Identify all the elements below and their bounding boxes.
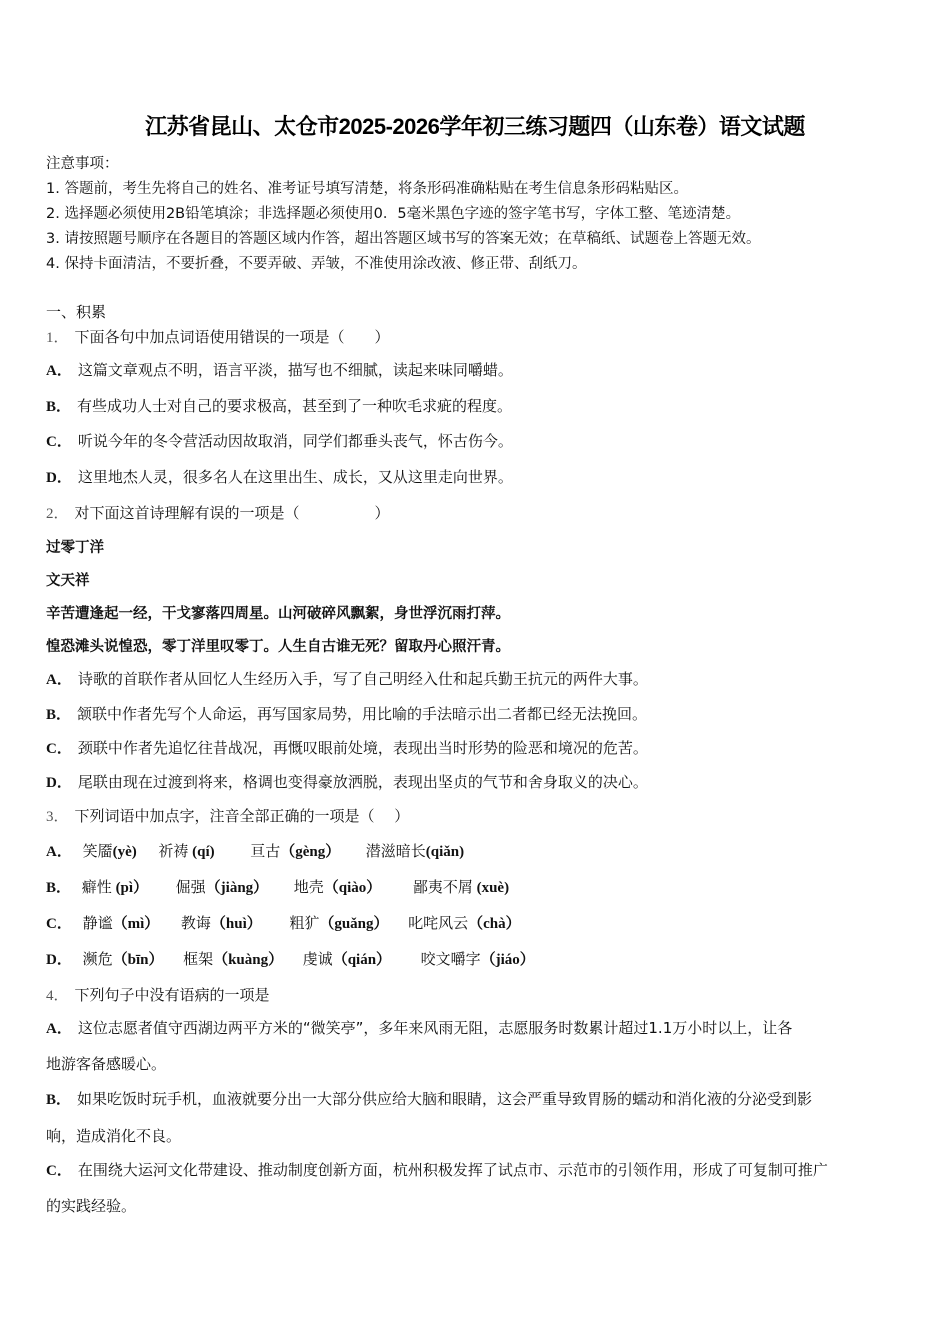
pinyin: （huì） <box>211 916 262 932</box>
option-text: 有些成功人士对自己的要求极高，甚至到了一种吹毛求疵的程度。 <box>77 397 512 415</box>
q3-option-c: C． 静谧（mì） 教诲（huì） 粗犷（guǎng） 叱咤风云（chà） <box>46 912 521 933</box>
pinyin: （kuàng） <box>213 952 283 968</box>
option-label: B． <box>46 1092 71 1108</box>
q1-option-a: A．这篇文章观点不明，语言平淡，描写也不细腻，读起来味同嚼蜡。 <box>46 359 513 380</box>
question-text: 下面各句中加点词语使用错误的一项是（ ） <box>75 328 390 346</box>
question-1-stem: 1．下面各句中加点词语使用错误的一项是（ ） <box>46 326 390 347</box>
option-label: A． <box>46 363 72 379</box>
option-label: B． <box>46 880 71 896</box>
option-label: C． <box>46 1163 72 1179</box>
notice-item: 2. 选择题必须使用2B铅笔填涂；非选择题必须使用0．5毫米黑色字迹的签字笔书写… <box>46 202 740 223</box>
term: 倔强 <box>176 878 206 896</box>
term: 叱咤风云 <box>408 914 468 932</box>
option-label: A． <box>46 844 72 860</box>
poem-title: 过零丁洋 <box>46 536 104 557</box>
option-text: 尾联由现在过渡到将来，格调也变得豪放洒脱，表现出坚贞的气节和舍身取义的决心。 <box>78 773 648 791</box>
term: 濒危 <box>83 950 113 968</box>
option-label: D． <box>46 470 72 486</box>
notice-item: 4. 保持卡面清洁，不要折叠，不要弄破、弄皱，不准使用涂改液、修正带、刮纸刀。 <box>46 252 586 273</box>
option-label: C． <box>46 741 72 757</box>
option-label: C． <box>46 434 72 450</box>
page-title: 江苏省昆山、太仓市2025-2026学年初三练习题四（山东卷）语文试题 <box>0 110 950 141</box>
q1-option-b: B．有些成功人士对自己的要求极高，甚至到了一种吹毛求疵的程度。 <box>46 395 512 416</box>
poem-line: 辛苦遭逢起一经，干戈寥落四周星。山河破碎风飘絮，身世浮沉雨打萍。 <box>46 602 510 623</box>
option-text: 诗歌的首联作者从回忆人生经历入手，写了自己明经入仕和起兵勤王抗元的两件大事。 <box>78 670 648 688</box>
question-number: 2． <box>46 506 69 522</box>
term: 鄙夷不屑 <box>413 878 473 896</box>
poem-author: 文天祥 <box>46 569 90 590</box>
option-text: 如果吃饭时玩手机，血液就要分出一大部分供应给大脑和眼睛，这会严重导致胃肠的蠕动和… <box>77 1090 812 1108</box>
question-number: 1． <box>46 330 69 346</box>
option-label: A． <box>46 1021 72 1037</box>
q1-option-d: D．这里地杰人灵，很多名人在这里出生、成长，又从这里走向世界。 <box>46 466 513 487</box>
option-text: 在围绕大运河文化带建设、推动制度创新方面，杭州积极发挥了试点市、示范市的引领作用… <box>78 1161 828 1179</box>
term: 亘古 <box>250 842 280 860</box>
term: 静谧 <box>83 914 113 932</box>
q2-option-a: A．诗歌的首联作者从回忆人生经历入手，写了自己明经入仕和起兵勤王抗元的两件大事。 <box>46 668 648 689</box>
option-label: B． <box>46 707 71 723</box>
q3-option-d: D． 濒危（bīn） 框架（kuàng） 虔诚（qián） 咬文嚼字（jiáo） <box>46 948 535 969</box>
option-text: 这篇文章观点不明，语言平淡，描写也不细腻，读起来味同嚼蜡。 <box>78 361 513 379</box>
q2-option-b: B．颔联中作者先写个人命运，再写国家局势，用比喻的手法暗示出二者都已经无法挽回。 <box>46 703 647 724</box>
exam-page: 江苏省昆山、太仓市2025-2026学年初三练习题四（山东卷）语文试题 注意事项… <box>0 0 950 1344</box>
term: 潜滋暗长 <box>366 842 426 860</box>
pinyin: （gèng） <box>280 844 340 860</box>
question-3-stem: 3．下列词语中加点字，注音全部正确的一项是（ ） <box>46 805 409 826</box>
option-label: C． <box>46 916 72 932</box>
question-4-stem: 4．下列句子中没有语病的一项是 <box>46 984 270 1005</box>
q3-option-a: A． 笑靥(yè) 祈祷 (qí) 亘古（gèng） 潜滋暗长(qiǎn) <box>46 840 464 861</box>
option-label: A． <box>46 672 72 688</box>
option-text: 听说今年的冬令营活动因故取消，同学们都垂头丧气，怀古伤今。 <box>78 432 513 450</box>
term: 地壳 <box>294 878 324 896</box>
notice-heading: 注意事项： <box>46 152 119 173</box>
question-text: 下列句子中没有语病的一项是 <box>75 986 270 1004</box>
term: 虔诚 <box>303 950 333 968</box>
q2-option-c: C．颈联中作者先追忆往昔战况，再慨叹眼前处境，表现出当时形势的险恶和境况的危苦。 <box>46 737 648 758</box>
option-text: 颈联中作者先追忆往昔战况，再慨叹眼前处境，表现出当时形势的险恶和境况的危苦。 <box>78 739 648 757</box>
pinyin: (pì） <box>112 880 148 896</box>
term: 粗犷 <box>289 914 319 932</box>
q4-option-a: A．这位志愿者值守西湖边两平方米的“微笑亭”，多年来风雨无阻，志愿服务时数累计超… <box>46 1017 792 1038</box>
option-text: 这里地杰人灵，很多名人在这里出生、成长，又从这里走向世界。 <box>78 468 513 486</box>
term: 咬文嚼字 <box>421 950 481 968</box>
question-text: 下列词语中加点字，注音全部正确的一项是（ ） <box>75 807 410 825</box>
q4-option-a-cont: 地游客备感暖心。 <box>46 1053 166 1074</box>
pinyin: （mì） <box>113 916 160 932</box>
pinyin: （guǎng） <box>319 916 388 932</box>
notice-item: 1. 答题前，考生先将自己的姓名、准考证号填写清楚，将条形码准确粘贴在考生信息条… <box>46 177 688 198</box>
pinyin: （qián） <box>333 952 391 968</box>
q2-option-d: D．尾联由现在过渡到将来，格调也变得豪放洒脱，表现出坚贞的气节和舍身取义的决心。 <box>46 771 648 792</box>
term: 笑靥 <box>83 842 113 860</box>
term: 教诲 <box>181 914 211 932</box>
pinyin: （chà） <box>468 916 521 932</box>
pinyin: (qí) <box>188 844 214 860</box>
term: 框架 <box>183 950 213 968</box>
section-heading: 一、积累 <box>46 301 106 322</box>
option-text: 这位志愿者值守西湖边两平方米的“微笑亭”，多年来风雨无阻，志愿服务时数累计超过1… <box>78 1019 792 1037</box>
notice-item: 3. 请按照题号顺序在各题目的答题区域内作答，超出答题区域书写的答案无效；在草稿… <box>46 227 760 248</box>
option-label: B． <box>46 399 71 415</box>
option-label: D． <box>46 775 72 791</box>
pinyin: （jiàng） <box>206 880 269 896</box>
question-2-stem: 2．对下面这首诗理解有误的一项是（ ） <box>46 502 390 523</box>
q4-option-c-cont: 的实践经验。 <box>46 1195 136 1216</box>
pinyin: (xuè) <box>473 880 509 896</box>
q4-option-b: B．如果吃饭时玩手机，血液就要分出一大部分供应给大脑和眼睛，这会严重导致胃肠的蠕… <box>46 1088 812 1109</box>
option-text: 颔联中作者先写个人命运，再写国家局势，用比喻的手法暗示出二者都已经无法挽回。 <box>77 705 647 723</box>
pinyin: （jiáo） <box>481 952 535 968</box>
pinyin: (qiǎn) <box>426 844 464 860</box>
q4-option-c: C．在围绕大运河文化带建设、推动制度创新方面，杭州积极发挥了试点市、示范市的引领… <box>46 1159 828 1180</box>
q4-option-b-cont: 响，造成消化不良。 <box>46 1125 181 1146</box>
pinyin: （bīn） <box>113 952 164 968</box>
option-label: D． <box>46 952 72 968</box>
pinyin: （qiào） <box>324 880 382 896</box>
poem-line: 惶恐滩头说惶恐，零丁洋里叹零丁。人生自古谁无死？留取丹心照汗青。 <box>46 635 510 656</box>
question-number: 3． <box>46 809 69 825</box>
question-number: 4． <box>46 988 69 1004</box>
question-text: 对下面这首诗理解有误的一项是（ ） <box>75 504 390 522</box>
pinyin: (yè) <box>113 844 137 860</box>
q1-option-c: C．听说今年的冬令营活动因故取消，同学们都垂头丧气，怀古伤今。 <box>46 430 513 451</box>
term: 祈祷 <box>158 842 188 860</box>
q3-option-b: B． 癖性 (pì） 倔强（jiàng） 地壳（qiào） 鄙夷不屑 (xuè) <box>46 876 509 897</box>
term: 癖性 <box>82 878 112 896</box>
